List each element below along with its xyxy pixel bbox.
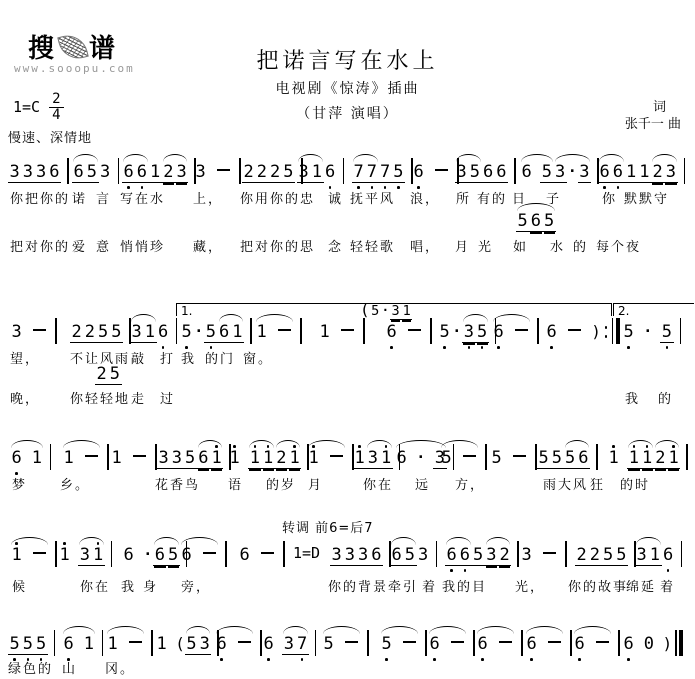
note-digit: 3 xyxy=(21,162,34,183)
slur-group: 1 xyxy=(106,634,145,654)
measure: 637 xyxy=(262,630,316,652)
slur-group: 65 xyxy=(153,545,180,566)
slur-group: 65 xyxy=(520,162,554,183)
lyric-syllable: 把对你的 xyxy=(240,236,300,255)
measure: 6 xyxy=(238,541,285,563)
note-digit: 6 xyxy=(62,634,75,654)
note-digit: 5 xyxy=(35,634,48,655)
volta-label: 2. xyxy=(618,304,629,318)
lyric-syllable: 你在 xyxy=(363,474,393,493)
cue-565: 565 xyxy=(516,211,556,233)
note-digit: 6 xyxy=(577,448,590,469)
note-digit: 3 xyxy=(330,545,343,566)
slur-group: 56 xyxy=(564,448,591,469)
dash-extension xyxy=(513,455,526,457)
dash-extension xyxy=(129,641,142,643)
note-digit: 3 xyxy=(664,162,677,183)
measure: 5·561 xyxy=(180,318,252,340)
note-digit: 6 xyxy=(180,545,193,565)
dash-extension xyxy=(261,552,274,554)
barline xyxy=(151,630,153,656)
note-digit: 6 xyxy=(529,211,542,232)
lyric-syllable: 远 xyxy=(415,474,430,493)
lyric-syllable: 唱， xyxy=(410,236,440,255)
lyric-syllable: 思 xyxy=(300,236,315,255)
barline xyxy=(315,630,317,656)
note-digit: 5 xyxy=(21,634,34,655)
slur-group: 61 xyxy=(197,448,224,469)
barline xyxy=(485,444,487,470)
note-digit: 6 xyxy=(445,545,458,566)
slur-group: 35 xyxy=(462,322,489,343)
measure: 661123 xyxy=(598,158,685,180)
note-digit: 1 xyxy=(10,545,23,565)
note-digit: 2 xyxy=(498,545,511,566)
measure: 66532 xyxy=(445,541,519,563)
dash-extension xyxy=(345,641,358,643)
measure: 653 xyxy=(390,541,437,563)
slur-group: 31 xyxy=(78,545,105,566)
note-digit: 1 xyxy=(82,634,95,654)
note-digit: 1 xyxy=(92,545,105,566)
note-digit: 6 xyxy=(662,545,675,565)
measure: 61 xyxy=(62,630,103,652)
note-digit: 6 xyxy=(492,322,505,342)
note-digit: 3 xyxy=(554,162,567,183)
measure: 316 xyxy=(635,541,682,563)
note-digit: 5 xyxy=(392,162,405,183)
note-digit: 5 xyxy=(476,322,489,343)
dash-extension xyxy=(278,329,291,331)
measure: 1 xyxy=(62,444,109,466)
measure: 5 xyxy=(490,444,537,466)
dot-rhythm: · xyxy=(452,322,461,340)
measure: 1 xyxy=(106,630,153,652)
note-digit: 5 xyxy=(490,448,503,468)
note-digit: 3 xyxy=(578,162,591,183)
note-digit: 5 xyxy=(660,322,673,343)
repeat-dots xyxy=(605,325,609,339)
note-digit: 5 xyxy=(380,634,393,654)
lyric-syllable: 着 xyxy=(660,576,675,595)
note-digit: 6 xyxy=(157,322,170,342)
note-digit: 5 xyxy=(543,211,556,232)
lyric-syllable: 我 xyxy=(121,576,136,595)
lyric-syllable: 月 xyxy=(455,236,470,255)
note-digit: 1 xyxy=(143,322,156,343)
note-digit: 3 xyxy=(635,545,648,566)
measure: 1 xyxy=(110,444,157,466)
slur-group: 1 xyxy=(255,322,294,342)
measure: 33561 xyxy=(157,444,231,466)
slur-group: 1 xyxy=(62,448,101,468)
barline xyxy=(67,158,69,184)
note-digit: 2 xyxy=(255,162,268,183)
measure: 3 xyxy=(194,158,241,180)
note-digit: 5 xyxy=(403,545,416,566)
barline xyxy=(176,318,178,344)
slur-group: 37 xyxy=(282,634,309,655)
measure: 6 xyxy=(428,630,475,652)
lyric-syllable: 的岁 xyxy=(266,474,296,493)
measure: 61 xyxy=(10,444,51,466)
dash-extension xyxy=(499,641,512,643)
lyric-syllable: 把对你的 xyxy=(10,236,70,255)
lyric-syllable: 绵延 xyxy=(626,576,656,595)
barline xyxy=(618,630,620,656)
measure: 5556 xyxy=(537,444,598,466)
lyric-syllable: 敲 xyxy=(131,348,146,367)
lyric-syllable: 绿色的 xyxy=(8,658,53,677)
lyric-syllable: 所 xyxy=(456,188,471,207)
note-digit: 1 xyxy=(62,448,75,468)
dash-extension xyxy=(403,641,416,643)
measure: 6 xyxy=(215,630,262,652)
dot-rhythm: · xyxy=(568,162,577,180)
lyric-syllable: 念 xyxy=(328,236,343,255)
note-digit: 3 xyxy=(35,162,48,183)
slur-group: 61 xyxy=(218,322,245,343)
lyric-syllable: 乡。 xyxy=(60,474,90,493)
lyric-syllable: 候 xyxy=(12,576,27,595)
dash-extension xyxy=(341,329,354,331)
note-digit: 6 xyxy=(215,634,228,654)
barline xyxy=(570,630,572,656)
barline xyxy=(55,318,57,344)
note-digit: 2 xyxy=(242,162,255,183)
measure: 60) xyxy=(622,630,683,652)
barline xyxy=(102,630,104,656)
note-digit: 1 xyxy=(353,448,366,469)
note-digit: 1 xyxy=(231,322,244,343)
measure: 5 xyxy=(440,444,487,466)
barline xyxy=(430,318,432,344)
measure: 2225 xyxy=(242,158,303,180)
barline xyxy=(612,318,614,344)
measure: 11121 xyxy=(607,444,688,466)
measure: 6) xyxy=(545,318,620,340)
slur-group: 35 xyxy=(455,162,482,183)
note-digit: 1 xyxy=(625,162,638,183)
slur-group: 66 xyxy=(122,162,149,183)
lyric-syllable: 的时 xyxy=(620,474,650,493)
slur-group: 61 xyxy=(10,448,44,468)
barline xyxy=(681,541,683,567)
score-area: 33366536612332225316777563566653·3661123… xyxy=(0,0,695,679)
measure: 316 xyxy=(130,318,177,340)
measure: 6 xyxy=(180,541,227,563)
note-digit: 1 xyxy=(248,448,261,469)
lyric-syllable: 言 xyxy=(96,188,111,207)
parenthesis: ) xyxy=(663,634,673,653)
volta-label: 1. xyxy=(181,304,192,318)
lyric-syllable: 轻轻歌 xyxy=(350,236,395,255)
dot-rhythm: · xyxy=(143,545,152,563)
note-digit: 1 xyxy=(106,634,119,654)
note-digit: 1 xyxy=(110,448,123,468)
lyric-syllable: 写在水 xyxy=(120,188,165,207)
note-digit: 2 xyxy=(588,545,601,566)
lyric-syllable: 你在 xyxy=(80,576,110,595)
note-digit: 3 xyxy=(198,634,211,655)
slur-group: 61 xyxy=(62,634,96,654)
lyric-syllable: 的 xyxy=(658,388,673,407)
barline xyxy=(675,630,677,656)
note-digit: 1 xyxy=(228,448,241,468)
barline xyxy=(473,630,475,656)
lyric-syllable: 我 xyxy=(625,388,640,407)
barline xyxy=(239,158,241,184)
slur-group: 6 xyxy=(215,634,254,654)
note-digit: 5 xyxy=(615,545,628,566)
measure: 1 xyxy=(10,541,57,563)
note-digit: 6 xyxy=(482,162,495,183)
note-digit: 6 xyxy=(573,634,586,654)
note-digit: 6 xyxy=(390,545,403,566)
measure: 1 xyxy=(318,318,365,340)
note-digit: 3 xyxy=(194,162,207,182)
note-digit: 6 xyxy=(545,322,558,342)
lyric-syllable: 藏， xyxy=(193,236,223,255)
parenthesis: ) xyxy=(591,322,601,341)
lyric-syllable: 上， xyxy=(193,188,223,207)
note-digit: 6 xyxy=(262,634,275,654)
note-digit: 5 xyxy=(184,448,197,469)
lyric-syllable: 着 xyxy=(422,576,437,595)
note-digit: 5 xyxy=(8,634,21,655)
lyric-syllable: 山 xyxy=(62,658,77,677)
measure: 6 xyxy=(492,318,539,340)
measure: 1 xyxy=(307,444,354,466)
note-digit: 2 xyxy=(70,322,83,343)
note-digit: 3 xyxy=(170,448,183,469)
note-digit: 3 xyxy=(99,162,112,182)
repeat-end-barline xyxy=(601,318,620,344)
lyric-syllable: 的门 xyxy=(205,348,235,367)
note-digit: 2 xyxy=(162,162,175,183)
slur-group: 31 xyxy=(130,322,157,343)
note-digit: 5 xyxy=(322,634,335,654)
measure: 66123 xyxy=(122,158,196,180)
measure: 5 xyxy=(380,630,427,652)
note-digit: 5 xyxy=(185,634,198,655)
note-digit: 1 xyxy=(667,448,680,469)
lyric-syllable: 窗。 xyxy=(243,348,273,367)
note-digit: 6 xyxy=(476,634,489,654)
measure: 555 xyxy=(8,630,55,652)
note-digit: 3 xyxy=(485,545,498,566)
note-digit: 5 xyxy=(438,322,451,342)
note-digit: 1 xyxy=(638,162,651,183)
note-digit: 3 xyxy=(175,162,188,183)
barline xyxy=(436,541,438,567)
lyric-syllable: 过 xyxy=(160,388,175,407)
dash-extension xyxy=(408,329,421,331)
slur-group: 11 xyxy=(627,448,654,469)
note-digit: 6 xyxy=(135,162,148,183)
lyric-syllable: 旁， xyxy=(181,576,211,595)
note-digit: 5 xyxy=(110,322,123,343)
lyric-syllable: 默默守 xyxy=(624,188,669,207)
note-digit: 2 xyxy=(275,448,288,469)
measure: 653 xyxy=(72,158,119,180)
note-digit: 5 xyxy=(550,448,563,469)
note-digit: 6 xyxy=(72,162,85,183)
note-digit: 1 xyxy=(30,448,43,468)
note-digit: 2 xyxy=(95,364,108,385)
slur-group: 6 xyxy=(525,634,564,654)
measure: 3566 xyxy=(455,158,516,180)
barline xyxy=(565,541,567,567)
lyric-syllable: 的 xyxy=(573,236,588,255)
slur-group: 11 xyxy=(248,448,275,469)
barline xyxy=(684,158,686,184)
note-digit: 1 xyxy=(58,545,71,565)
barline xyxy=(118,158,120,184)
measure: 2255 xyxy=(70,318,131,340)
note-digit: 3 xyxy=(462,322,475,343)
note-digit: 7 xyxy=(365,162,378,183)
note-digit: 6 xyxy=(395,448,408,468)
barline xyxy=(225,541,227,567)
lyric-syllable: 光， xyxy=(515,576,545,595)
key-change: 1=D xyxy=(293,544,320,566)
lyric-syllable: 你的故事 xyxy=(568,576,628,595)
note-digit: 7 xyxy=(352,162,365,183)
note-digit: 6 xyxy=(525,634,538,654)
note-digit: 1 xyxy=(607,448,620,468)
measure: 6·65 xyxy=(122,541,187,563)
volta-bracket: 1. xyxy=(176,303,612,316)
note-digit: 2 xyxy=(83,322,96,343)
measure: 653·3 xyxy=(520,158,599,180)
note-digit: 3 xyxy=(8,162,21,183)
sheet-music-page: 搜 谱 www.sooopu.com 把诺言写在水上 电视剧《惊涛》插曲 （甘萍… xyxy=(0,0,695,679)
note-digit: 3 xyxy=(10,322,23,342)
lyric-syllable: 花香鸟 xyxy=(155,474,200,493)
lyric-syllable: 水 xyxy=(550,236,565,255)
slur-group: 6·3 xyxy=(395,448,447,469)
barline xyxy=(300,318,302,344)
slur-group: 5 xyxy=(322,634,361,654)
slur-group: 6 xyxy=(573,634,612,654)
slur-group: 53 xyxy=(185,634,212,655)
lyric-syllable: 光 xyxy=(478,236,493,255)
note-digit: 5 xyxy=(564,448,577,469)
dash-extension xyxy=(548,641,561,643)
note-digit: 2 xyxy=(269,162,282,183)
barline xyxy=(680,318,682,344)
lyric-syllable: 你轻轻地 xyxy=(70,388,130,407)
slur-group: 23 xyxy=(651,162,678,183)
note-digit: 5 xyxy=(180,322,193,342)
slur-group: 6 xyxy=(180,545,219,565)
note-digit: 1 xyxy=(648,545,661,566)
barline xyxy=(107,444,109,470)
slur-group: 66 xyxy=(598,162,625,183)
note-digit: 3 xyxy=(130,322,143,343)
note-digit: 3 xyxy=(343,545,356,566)
slur-group: 32 xyxy=(485,545,512,566)
slur-group: 6 xyxy=(492,322,531,342)
lyric-syllable: 牵引 xyxy=(388,576,418,595)
slur-group: 23 xyxy=(162,162,189,183)
dash-extension xyxy=(463,455,476,457)
measure: 5·35 xyxy=(438,318,496,340)
lyric-syllable: 晚， xyxy=(10,388,40,407)
measure: 1(53 xyxy=(155,630,219,652)
note-digit: 5 xyxy=(282,162,295,183)
note-digit: 5 xyxy=(167,545,180,566)
dash-extension xyxy=(238,641,251,643)
note-digit: 6 xyxy=(495,162,508,183)
note-digit: 1 xyxy=(641,448,654,469)
barline xyxy=(425,630,427,656)
note-digit: 3 xyxy=(157,448,170,469)
note-digit: 5 xyxy=(602,545,615,566)
lyric-syllable: 语 xyxy=(228,474,243,493)
lyric-syllable: 月 xyxy=(308,474,323,493)
note-digit: 1 xyxy=(155,634,168,654)
measure: 3336 xyxy=(330,541,391,563)
barline xyxy=(596,444,598,470)
barline xyxy=(55,541,57,567)
lyric-syllable: 雨大风 xyxy=(543,474,588,493)
final-barline xyxy=(672,630,683,656)
slur-group: 31 xyxy=(366,448,393,469)
measure: 3 xyxy=(520,541,567,563)
note-digit: 3 xyxy=(520,545,533,565)
slur-group: 65 xyxy=(390,545,417,566)
lyric-syllable: 我 xyxy=(181,348,196,367)
lyric-syllable: 狂 xyxy=(590,474,605,493)
note-digit: 5 xyxy=(97,322,110,343)
lyric-syllable: 如 xyxy=(513,236,528,255)
note-digit: 6 xyxy=(324,162,337,182)
slur-group: 66 xyxy=(445,545,472,566)
slur-group: 21 xyxy=(275,448,302,469)
note-digit: 5 xyxy=(540,162,553,183)
note-digit: 6 xyxy=(218,322,231,343)
note-digit: 5 xyxy=(204,322,217,343)
barline xyxy=(54,630,56,656)
note-digit: 5 xyxy=(622,322,635,342)
note-digit: 5 xyxy=(468,162,481,183)
note-digit: 1 xyxy=(149,162,162,183)
note-digit: 0 xyxy=(642,634,655,654)
lyric-syllable: 诚 xyxy=(328,188,343,207)
cue-25: 25 xyxy=(95,364,122,386)
note-digit: 3 xyxy=(417,545,430,565)
barline xyxy=(514,158,516,184)
lyric-syllable: 打 xyxy=(160,348,175,367)
barline xyxy=(111,541,113,567)
measure: 1 xyxy=(255,318,302,340)
note-digit: 6 xyxy=(622,634,635,654)
note-digit: 1 xyxy=(380,448,393,469)
lyric-syllable: 望， xyxy=(10,348,40,367)
lyric-syllable: 你的背景 xyxy=(328,576,388,595)
barline xyxy=(517,541,519,567)
note-digit: 6 xyxy=(153,545,166,566)
measure: 2255 xyxy=(575,541,636,563)
lyric-syllable: 意 xyxy=(96,236,111,255)
barline xyxy=(50,444,52,470)
note-digit: 6 xyxy=(197,448,210,469)
note-digit: 6 xyxy=(10,448,23,468)
note-digit: 1 xyxy=(210,448,223,469)
lyric-syllable: 你把你的 xyxy=(10,188,70,207)
